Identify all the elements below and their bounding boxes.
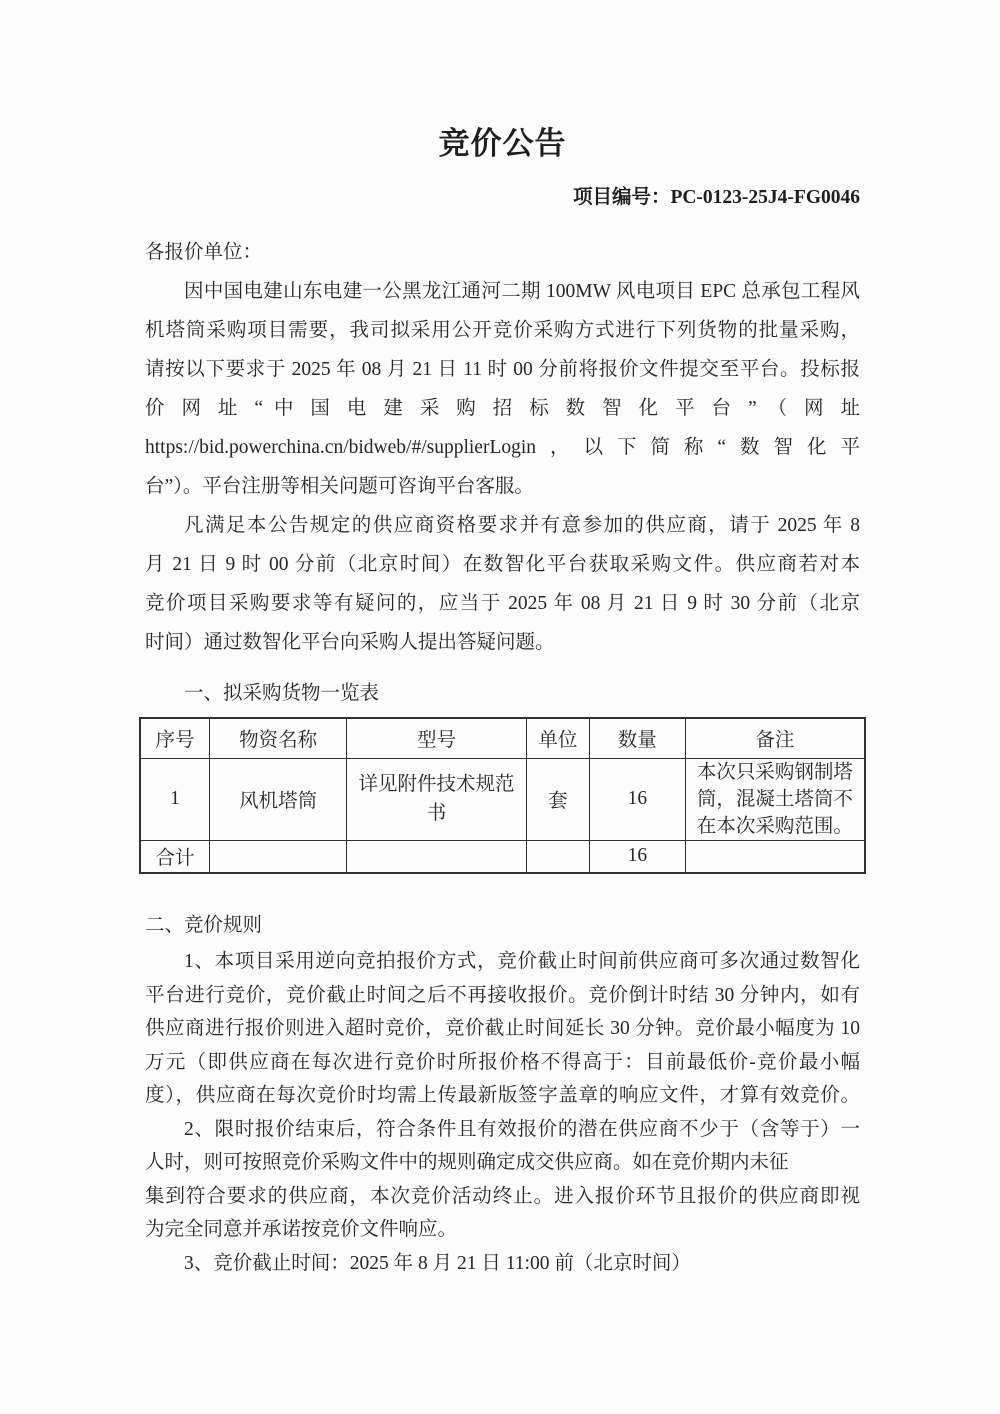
cell-empty xyxy=(347,840,527,873)
paragraph-line: 台”）。平台注册等相关问题可咨询平台客服。 xyxy=(145,467,860,506)
paragraph-line: 因中国电建山东电建一公黑龙江通河二期 100MW 风电项目 EPC 总承包工程风 xyxy=(145,272,860,311)
cell-empty xyxy=(526,840,589,873)
cell-note: 本次只采购钢制塔筒，混凝土塔筒不在本次采购范围。 xyxy=(685,758,865,840)
column-header-note: 备注 xyxy=(685,718,865,758)
column-header-seq: 序号 xyxy=(140,718,210,758)
rule-line: 为完全同意并承诺按竞价文件响应。 xyxy=(145,1213,860,1247)
cell-empty xyxy=(210,840,347,873)
goods-table: 序号 物资名称 型号 单位 数量 备注 1 风机塔筒 详见附件技术规范书 套 1… xyxy=(139,717,866,874)
project-number: 项目编号：PC-0123-25J4-FG0046 xyxy=(145,181,860,209)
rule-line: 供应商进行报价则进入超时竞价，竞价截止时间延长 30 分钟。竞价最小幅度为 10 xyxy=(145,1012,860,1046)
cell-qty: 16 xyxy=(589,758,685,840)
cell-total-qty: 16 xyxy=(589,840,685,873)
rule-line: 万元（即供应商在每次进行竞价时所报价格不得高于：目前最低价-竞价最小幅 xyxy=(145,1046,860,1080)
cell-empty xyxy=(685,840,865,873)
notice-paragraph: 凡满足本公告规定的供应商资格要求并有意参加的供应商，请于 2025 年 8 月 … xyxy=(145,506,860,662)
column-header-qty: 数量 xyxy=(589,718,685,758)
table-header-row: 序号 物资名称 型号 单位 数量 备注 xyxy=(140,718,865,758)
table-total-row: 合计 16 xyxy=(140,840,865,873)
table-row: 1 风机塔筒 详见附件技术规范书 套 16 本次只采购钢制塔筒，混凝土塔筒不在本… xyxy=(140,758,865,840)
paragraph-line: 竞价项目采购要求等有疑问的，应当于 2025 年 08 月 21 日 9 时 3… xyxy=(145,584,860,623)
section1-heading: 一、拟采购货物一览表 xyxy=(145,674,860,713)
cell-unit: 套 xyxy=(526,758,589,840)
document-content: 竞价公告 项目编号：PC-0123-25J4-FG0046 各报价单位： 因中国… xyxy=(145,0,860,1280)
paragraph-line: 请按以下要求于 2025 年 08 月 21 日 11 时 00 分前将报价文件… xyxy=(145,350,860,389)
document-page: 竞价公告 项目编号：PC-0123-25J4-FG0046 各报价单位： 因中国… xyxy=(0,0,1000,1414)
rule-line: 人时，则可按照竞价采购文件中的规则确定成交供应商。如在竞价期内未征 xyxy=(145,1146,860,1180)
intro-paragraph: 因中国电建山东电建一公黑龙江通河二期 100MW 风电项目 EPC 总承包工程风… xyxy=(145,272,860,506)
platform-url-line: https://bid.powerchina.cn/bidweb/#/suppl… xyxy=(145,428,860,467)
rules-paragraph: 1、本项目采用逆向竞拍报价方式，竞价截止时间前供应商可多次通过数智化 平台进行竞… xyxy=(145,945,860,1280)
paragraph-line: 时间）通过数智化平台向采购人提出答疑问题。 xyxy=(145,623,860,662)
cell-name: 风机塔筒 xyxy=(210,758,347,840)
document-title: 竞价公告 xyxy=(145,0,860,163)
rule-line: 度），供应商在每次竞价时均需上传最新版签字盖章的响应文件，才算有效竞价。 xyxy=(145,1079,860,1113)
paragraph-line: 机塔筒采购项目需要，我司拟采用公开竞价采购方式进行下列货物的批量采购， xyxy=(145,311,860,350)
column-header-name: 物资名称 xyxy=(210,718,347,758)
column-header-unit: 单位 xyxy=(526,718,589,758)
rule-line: 集到符合要求的供应商，本次竞价活动终止。进入报价环节且报价的供应商即视 xyxy=(145,1180,860,1214)
rule-line: 平台进行竞价，竞价截止时间之后不再接收报价。竞价倒计时结 30 分钟内，如有 xyxy=(145,979,860,1013)
rule-line: 3、竞价截止时间：2025 年 8 月 21 日 11:00 前（北京时间） xyxy=(145,1247,860,1281)
paragraph-line: 月 21 日 9 时 00 分前（北京时间）在数智化平台获取采购文件。供应商若对… xyxy=(145,545,860,584)
cell-total-label: 合计 xyxy=(140,840,210,873)
cell-model: 详见附件技术规范书 xyxy=(347,758,527,840)
paragraph-line: 价 网 址 “ 中 国 电 建 采 购 招 标 数 智 化 平 台 ” （ 网 … xyxy=(145,389,860,428)
salutation: 各报价单位： xyxy=(145,233,860,272)
rule-line: 1、本项目采用逆向竞拍报价方式，竞价截止时间前供应商可多次通过数智化 xyxy=(145,945,860,979)
rule-line: 2、限时报价结束后，符合条件且有效报价的潜在供应商不少于（含等于）一 xyxy=(145,1113,860,1147)
column-header-model: 型号 xyxy=(347,718,527,758)
paragraph-line: 凡满足本公告规定的供应商资格要求并有意参加的供应商，请于 2025 年 8 xyxy=(145,506,860,545)
section2-heading: 二、竞价规则 xyxy=(145,906,860,945)
cell-seq: 1 xyxy=(140,758,210,840)
